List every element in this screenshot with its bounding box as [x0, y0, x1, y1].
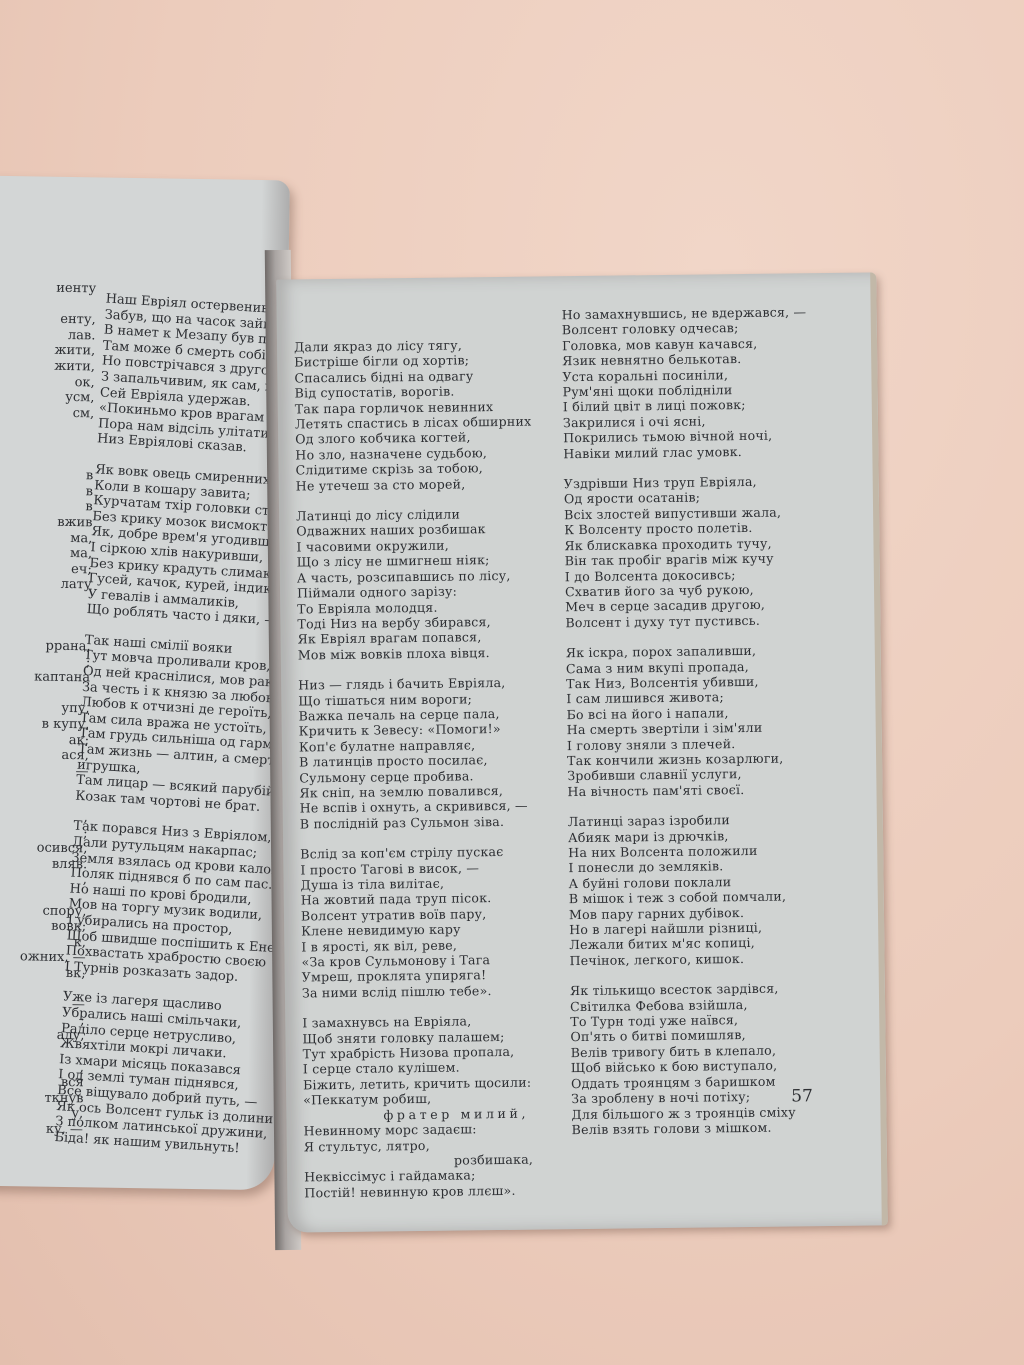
verse-line: Кричить к Зевесу: «Помоги!»: [299, 721, 536, 739]
verse-line: Мов між вовків плоха вівця.: [298, 644, 535, 662]
stanza: Як іскра, порох запаливши,Сама з ним вку…: [566, 642, 813, 799]
stanza: Так порався Низ з Евріялом,Дали рутульця…: [64, 819, 290, 989]
stanza: Як вовк овець смиренних ріже,Коли в коша…: [86, 462, 290, 632]
verse-line: Постій! невинную кров ллєш».: [304, 1182, 541, 1200]
verse-line: [0, 622, 91, 639]
verse-line: ррана,: [0, 638, 91, 655]
verse-line: фратер милий,: [303, 1105, 540, 1123]
verse-line: [0, 420, 94, 437]
verse-line: За ними вслід пішлю тебе».: [302, 982, 539, 1000]
verse-line: ак;: [0, 731, 89, 748]
stanza: Дали якраз до лісу тягу,Бистріше бігли о…: [294, 337, 532, 494]
verse-line: На вічность пам'яті своєї.: [567, 781, 812, 799]
verse-line: ;: [0, 653, 90, 670]
verse-line: лав.: [0, 326, 96, 343]
verse-line: Велів взять голови з мішком.: [572, 1119, 817, 1137]
stanza: І замахнувсь на Евріяла,Щоб зняти головк…: [302, 1013, 541, 1201]
verse-line: [0, 684, 90, 701]
verse-line: [0, 451, 94, 468]
right-page-column-right: Но замахнувшись, не вдержався, —Волсент …: [562, 304, 817, 1152]
verse-line: в: [0, 467, 93, 484]
verse-line: каптана: [0, 669, 90, 686]
verse-line: жити,: [0, 342, 95, 359]
stanza: Низ — глядь і бачить Евріяла,Що тішаться…: [298, 675, 536, 832]
verse-line: Навіки милий глас умовк.: [563, 443, 808, 461]
verse-line: жити,: [0, 358, 95, 375]
stanza: Так наші смілії воякиТут мовча проливали…: [75, 633, 290, 818]
verse-line: [0, 295, 96, 312]
verse-line: в: [0, 498, 93, 515]
stanza: Уже із лагеря щасливоУбрались наші сміль…: [54, 990, 290, 1160]
verse-line: Низ — глядь і бачить Евріяла,: [298, 675, 535, 693]
stanza: Уздрівши Низ труп Евріяла,Од ярости осат…: [564, 473, 811, 630]
verse-line: лату: [0, 576, 92, 593]
verse-line: см,: [0, 404, 94, 421]
left-page: иенту енту,лав.жити,жити,ок,усм,см, вввв…: [0, 176, 290, 1191]
verse-line: А часть, розсипавшись по лісу,: [297, 567, 534, 585]
verse-line: В послідній раз Сульмон зіва.: [300, 813, 537, 831]
right-page-column-left: Дали якраз до лісу тягу,Бистріше бігли о…: [294, 337, 541, 1216]
verse-line: ок,: [0, 373, 95, 390]
verse-line: Покрились тьмою вічной ночі,: [563, 427, 808, 445]
verse-line: ася,: [0, 747, 89, 764]
verse-line: Для більшого ж з троянців сміху: [571, 1104, 816, 1122]
verse-line: [0, 606, 91, 623]
verse-line: усм,: [0, 389, 95, 406]
verse-line: енту,: [0, 311, 96, 328]
verse-line: в купу,: [0, 716, 89, 733]
verse-line: розбишака,: [304, 1151, 541, 1169]
verse-line: вжив: [0, 513, 93, 530]
verse-line: Печінок, легкого, кишок.: [569, 950, 814, 968]
stanza: Латинці до лісу слідилиОдважних наших ро…: [296, 506, 534, 663]
verse-line: в: [0, 482, 93, 499]
verse-line: Біжить, летить, кричить щосили:: [303, 1074, 540, 1092]
stanza: иенту енту,лав.жити,жити,ок,усм,см, вввв…: [0, 280, 96, 594]
verse-line: еч;: [0, 560, 92, 577]
stanza: Но замахнувшись, не вдержався, —Волсент …: [562, 304, 809, 461]
verse-line: упу,: [0, 700, 90, 717]
stanza: Вслід за коп'єм стрілу пускаєІ просто Та…: [300, 844, 538, 1001]
verse-line: [0, 435, 94, 452]
verse-line: В мішок і теж з собой помчали,: [569, 888, 814, 906]
verse-line: Не утечеш за сто морей,: [296, 475, 533, 493]
page-number: 57: [791, 1086, 813, 1106]
verse-line: Як тількищо всесток зардівся,: [570, 980, 815, 998]
verse-line: ма,: [0, 529, 92, 546]
stanza: Наш Евріял остервенився,Забув, що на час…: [97, 292, 290, 462]
verse-line: иенту: [0, 280, 96, 297]
right-page: Дали якраз до лісу тягу,Бистріше бігли о…: [276, 272, 888, 1232]
verse-line: Він так пробіг врагів між кучу: [565, 550, 810, 568]
stanza: Латинці зараз ізробилиАбияк мари із дрюч…: [568, 811, 815, 968]
verse-line: Волсент і духу тут пустивсь.: [565, 612, 810, 630]
verse-line: Вслід за коп'єм стрілу пускає: [300, 844, 537, 862]
stanza: Як тількищо всесток зардівся,Світилка Фе…: [570, 980, 817, 1137]
verse-line: ма,: [0, 545, 92, 562]
